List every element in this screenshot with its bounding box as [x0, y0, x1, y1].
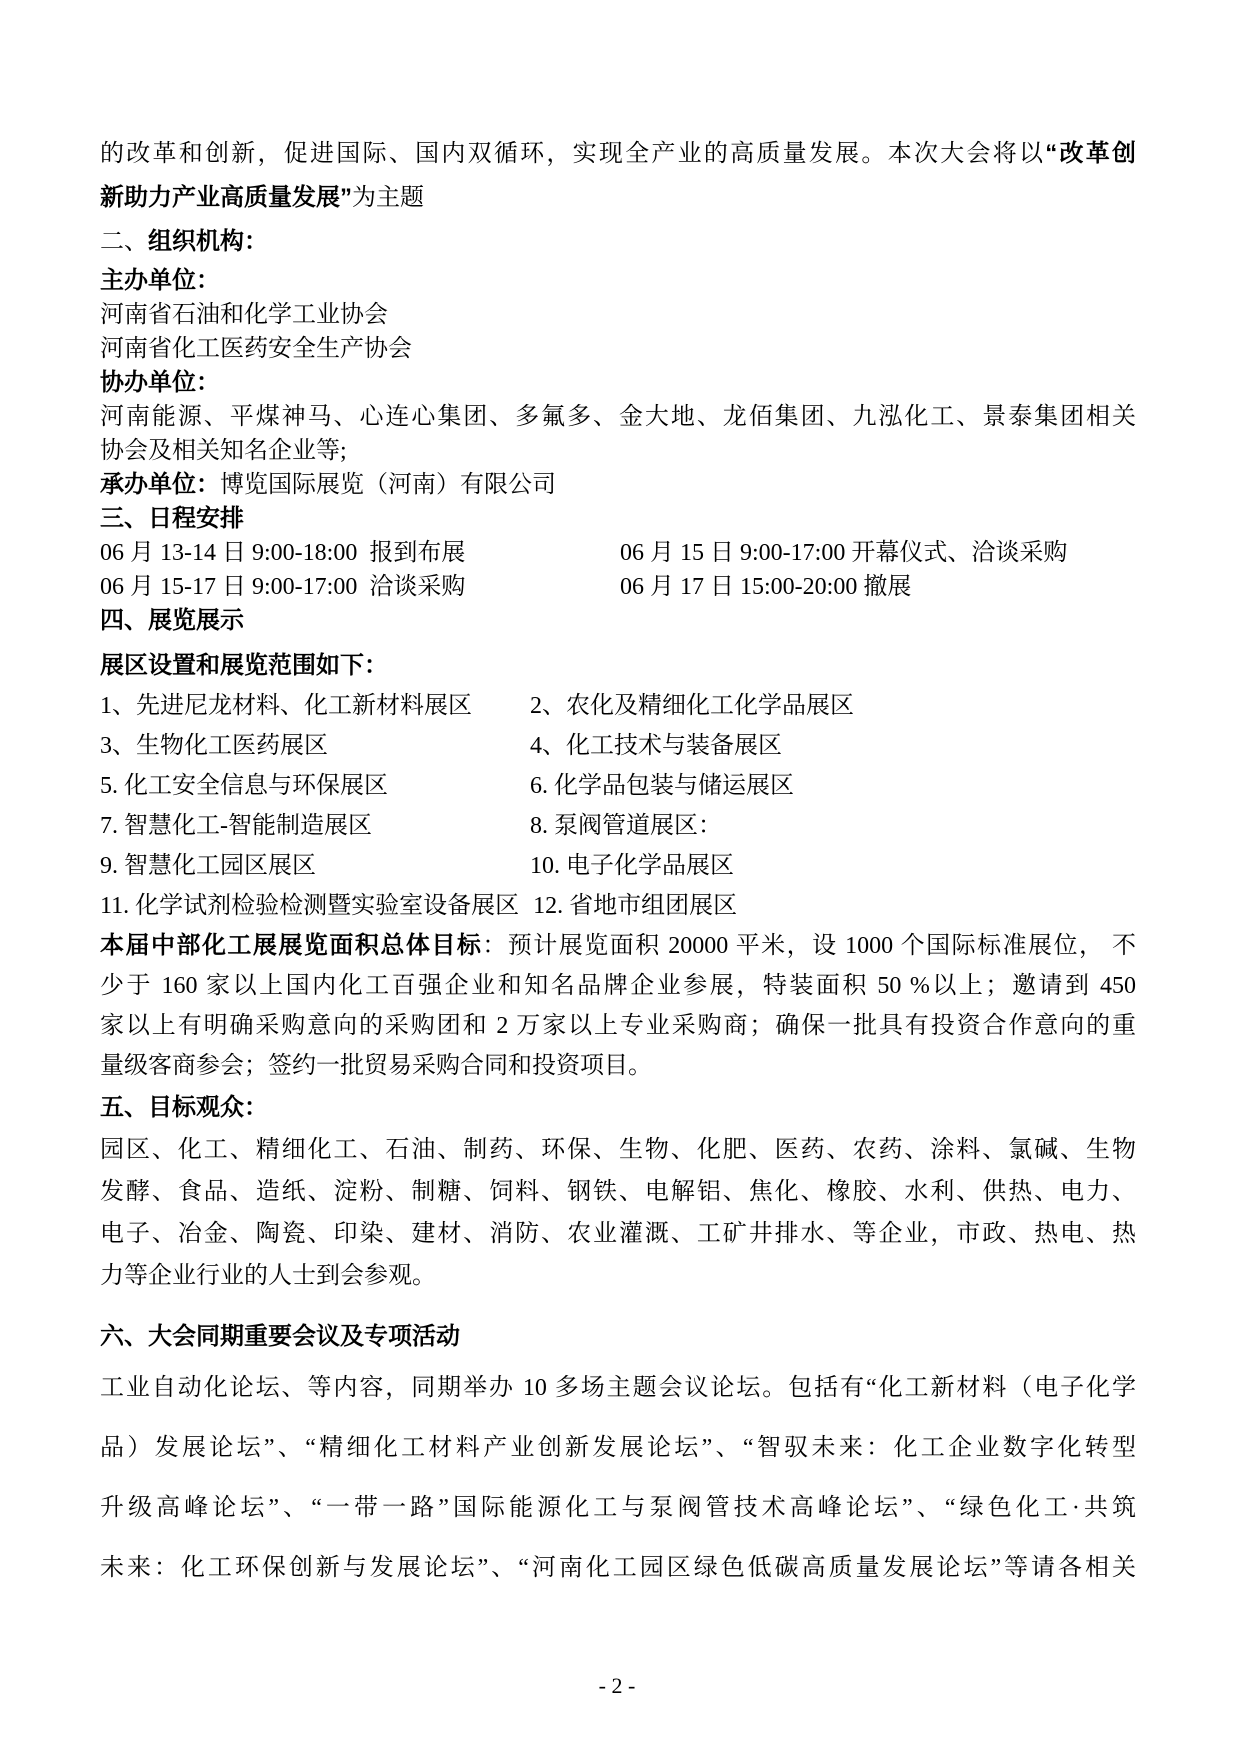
audience-line-3: 电子、冶金、陶瓷、印染、建材、消防、农业灌溉、工矿井排水、等企业，市政、热电、热 [100, 1213, 1136, 1255]
schedule-row: 06 月 13-14 日 9:00-18:00 报到布展 06 月 15 日 9… [100, 536, 1136, 570]
audience-line-1: 园区、化工、精细化工、石油、制药、环保、生物、化肥、医药、农药、涂料、氯碱、生物 [100, 1129, 1136, 1171]
organizer-name: 博览国际展览（河南）有限公司 [220, 472, 556, 498]
organizer-line: 承办单位：博览国际展览（河南）有限公司 [100, 468, 1136, 502]
zone-row: 11. 化学试剂检验检测暨实验室设备展区 12. 省地市组团展区 [100, 886, 1136, 926]
zone-item: 10. 电子化学品展区 [530, 846, 1136, 886]
goal-line-3: 家以上有明确采购意向的采购团和 2 万家以上专业采购商；确保一批具有投资合作意向… [100, 1006, 1136, 1046]
zone-row: 9. 智慧化工园区展区 10. 电子化学品展区 [100, 846, 1136, 886]
host-org-1: 河南省石油和化学工业协会 [100, 298, 1136, 332]
zone-item: 5. 化工安全信息与环保展区 [100, 766, 530, 806]
goal-label: 本届中部化工展展览面积总体目标 [100, 932, 482, 959]
schedule-cell: 06 月 17 日 15:00-20:00 撤展 [620, 570, 1136, 604]
zone-row: 1、先进尼龙材料、化工新材料展区 2、农化及精细化工化学品展区 [100, 686, 1136, 726]
intro-line2-theme-bold: 新助力产业高质量发展” [100, 184, 352, 211]
zone-item: 4、化工技术与装备展区 [530, 726, 1136, 766]
goal-text: ：预计展览面积 20000 平米，设 1000 个国际标准展位， 不 [482, 933, 1136, 959]
section2-heading: 二、组织机构： [100, 220, 1136, 264]
section2-number: 二、 [100, 229, 148, 255]
section2-title: 组织机构： [148, 228, 268, 255]
zone-item: 8. 泵阀管道展区： [530, 806, 1136, 846]
co-organizer-line-2: 协会及相关知名企业等; [100, 434, 1136, 468]
zone-item: 1、先进尼龙材料、化工新材料展区 [100, 686, 530, 726]
co-organizer-line-1: 河南能源、平煤神马、心连心集团、多氟多、金大地、龙佰集团、九泓化工、景泰集团相关 [100, 400, 1136, 434]
goal-line-4: 量级客商参会；签约一批贸易采购合同和投资项目。 [100, 1046, 1136, 1086]
audience-line-2: 发酵、食品、造纸、淀粉、制糖、饲料、钢铁、电解铝、焦化、橡胶、水利、供热、电力、 [100, 1171, 1136, 1213]
section5-heading: 五、目标观众： [100, 1086, 1136, 1129]
intro-line-1: 的改革和创新，促进国际、国内双循环，实现全产业的高质量发展。本次大会将以“改革创 [100, 132, 1136, 176]
schedule-cell: 06 月 15-17 日 9:00-17:00 洽谈采购 [100, 570, 620, 604]
host-label: 主办单位： [100, 264, 1136, 298]
zone-item: 2、农化及精细化工化学品展区 [530, 686, 1136, 726]
goal-line-2: 少于 160 家以上国内化工百强企业和知名品牌企业参展，特装面积 50 %以上；… [100, 966, 1136, 1006]
section3-heading: 三、日程安排 [100, 502, 1136, 536]
document-page: 的改革和创新，促进国际、国内双循环，实现全产业的高质量发展。本次大会将以“改革创… [0, 0, 1234, 1748]
forums-line-1: 工业自动化论坛、等内容，同期举办 10 多场主题会议论坛。包括有“化工新材料（电… [100, 1358, 1136, 1418]
goal-line-1: 本届中部化工展展览面积总体目标：预计展览面积 20000 平米，设 1000 个… [100, 926, 1136, 966]
zone-item: 6. 化学品包装与储运展区 [530, 766, 1136, 806]
zone-item: 7. 智慧化工-智能制造展区 [100, 806, 530, 846]
host-org-2: 河南省化工医药安全生产协会 [100, 332, 1136, 366]
zone-row: 7. 智慧化工-智能制造展区 8. 泵阀管道展区： [100, 806, 1136, 846]
forums-line-2: 品）发展论坛”、“精细化工材料产业创新发展论坛”、“智驭未来：化工企业数字化转型 [100, 1418, 1136, 1478]
organizer-label: 承办单位： [100, 471, 220, 498]
document-body: 的改革和创新，促进国际、国内双循环，实现全产业的高质量发展。本次大会将以“改革创… [100, 132, 1136, 1598]
zone-row: 3、生物化工医药展区 4、化工技术与装备展区 [100, 726, 1136, 766]
zone-row: 5. 化工安全信息与环保展区 6. 化学品包装与储运展区 [100, 766, 1136, 806]
intro-line1-text: 的改革和创新，促进国际、国内双循环，实现全产业的高质量发展。本次大会将以 [100, 141, 1045, 167]
intro-line2-text: 为主题 [352, 185, 424, 211]
zones-subheading: 展区设置和展览范围如下： [100, 646, 1136, 686]
co-organizer-label: 协办单位： [100, 366, 1136, 400]
zone-item: 3、生物化工医药展区 [100, 726, 530, 766]
zone-item: 12. 省地市组团展区 [533, 886, 1136, 926]
intro-line-2: 新助力产业高质量发展”为主题 [100, 176, 1136, 220]
section6-heading: 六、大会同期重要会议及专项活动 [100, 1315, 1136, 1358]
schedule-cell: 06 月 13-14 日 9:00-18:00 报到布展 [100, 536, 620, 570]
section4-heading: 四、展览展示 [100, 604, 1136, 638]
intro-line1-theme-bold: “改革创 [1045, 140, 1136, 167]
forums-line-3: 升级高峰论坛”、“一带一路”国际能源化工与泵阀管技术高峰论坛”、“绿色化工·共筑 [100, 1478, 1136, 1538]
schedule-cell: 06 月 15 日 9:00-17:00 开幕仪式、洽谈采购 [620, 536, 1136, 570]
zone-item: 9. 智慧化工园区展区 [100, 846, 530, 886]
forums-line-4: 未来：化工环保创新与发展论坛”、“河南化工园区绿色低碳高质量发展论坛”等请各相关 [100, 1538, 1136, 1598]
schedule-row: 06 月 15-17 日 9:00-17:00 洽谈采购 06 月 17 日 1… [100, 570, 1136, 604]
zone-item: 11. 化学试剂检验检测暨实验室设备展区 [100, 886, 519, 926]
page-number: - 2 - [0, 1672, 1234, 1700]
audience-line-4: 力等企业行业的人士到会参观。 [100, 1255, 1136, 1297]
